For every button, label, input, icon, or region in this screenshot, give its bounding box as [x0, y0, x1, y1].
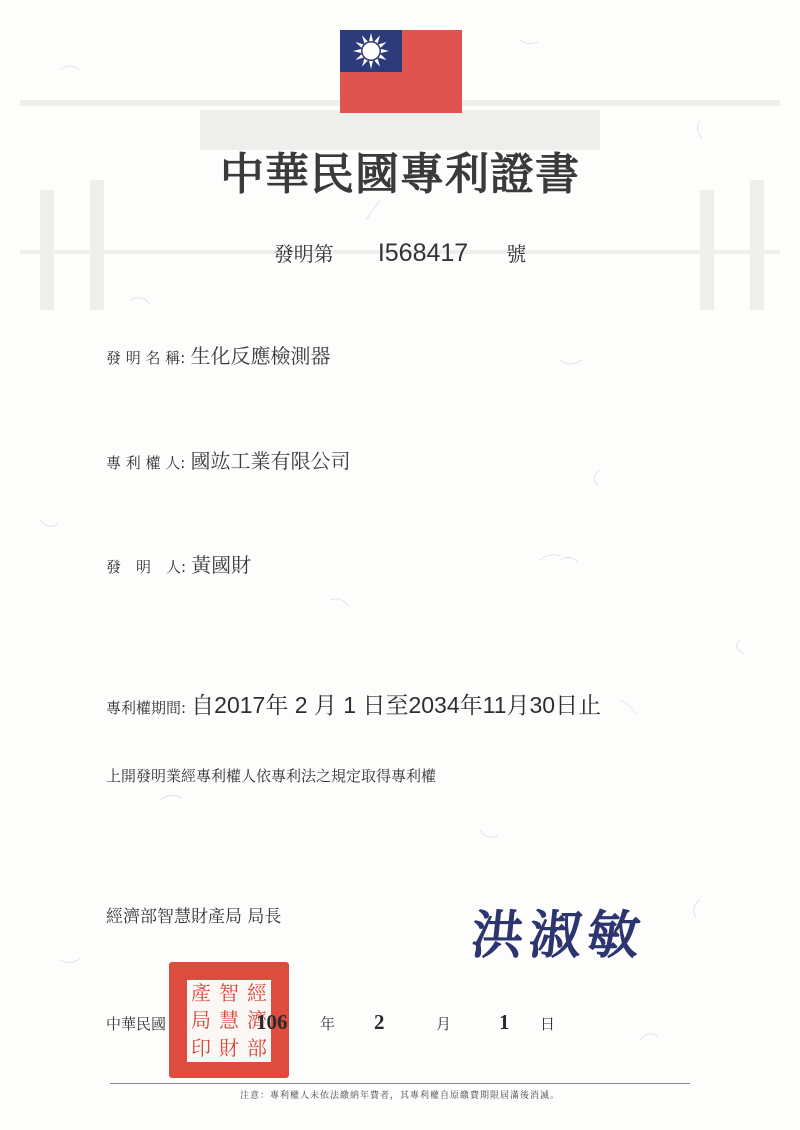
patent-term: 專利權期間: 自2017年 2 月 1 日至2034年11月30日止 — [106, 687, 601, 720]
date-era: 中華民國 — [106, 1013, 166, 1034]
patent-number-suffix: 號 — [506, 238, 526, 267]
footer-note: 注意：專利權人未依法繳納年費者，其專利權自原繳費期限屆滿後消滅。 — [0, 1088, 800, 1101]
footer-divider — [110, 1083, 690, 1084]
certificate-title: 中華民國專利證書 — [0, 138, 800, 202]
seal-char: 產 — [187, 980, 215, 1007]
date-year: 106 — [256, 1010, 288, 1035]
field-label: 發 明 名 稱: — [106, 349, 185, 367]
field-value: 黃國財 — [191, 553, 251, 577]
issue-date: 中華民國 106 年 2 月 1 日 — [106, 1010, 666, 1040]
term-label: 專利權期間: — [106, 699, 186, 717]
field-label: 專 利 權 人: — [106, 454, 185, 472]
field-value: 生化反應檢測器 — [190, 344, 330, 368]
seal-char: 智 — [215, 980, 243, 1007]
field-patentee: 專 利 權 人: 國竑工業有限公司 — [106, 445, 350, 474]
patent-number: I568417 — [378, 239, 468, 268]
field-invention-title: 發 明 名 稱: 生化反應檢測器 — [106, 340, 330, 369]
field-value: 國竑工業有限公司 — [190, 449, 350, 473]
field-label: 發 明 人: — [106, 558, 186, 576]
date-day-unit: 日 — [540, 1013, 555, 1034]
patent-number-prefix: 發明第 — [274, 238, 334, 267]
date-year-unit: 年 — [320, 1013, 335, 1034]
seal-char: 經 — [243, 980, 271, 1007]
roc-flag — [340, 30, 462, 113]
issuing-office: 經濟部智慧財產局 局長 — [106, 902, 281, 927]
date-month-unit: 月 — [436, 1013, 451, 1034]
white-sun-icon — [351, 31, 391, 71]
patent-number-line: 發明第I568417號 — [0, 238, 800, 268]
director-signature: 洪淑敏 — [468, 893, 650, 968]
grant-statement: 上開發明業經專利權人依專利法之規定取得專利權 — [106, 765, 436, 786]
date-day: 1 — [499, 1010, 510, 1035]
term-value: 自2017年 2 月 1 日至2034年11月30日止 — [191, 692, 601, 718]
date-month: 2 — [374, 1010, 385, 1035]
field-inventor: 發 明 人: 黃國財 — [106, 549, 251, 578]
